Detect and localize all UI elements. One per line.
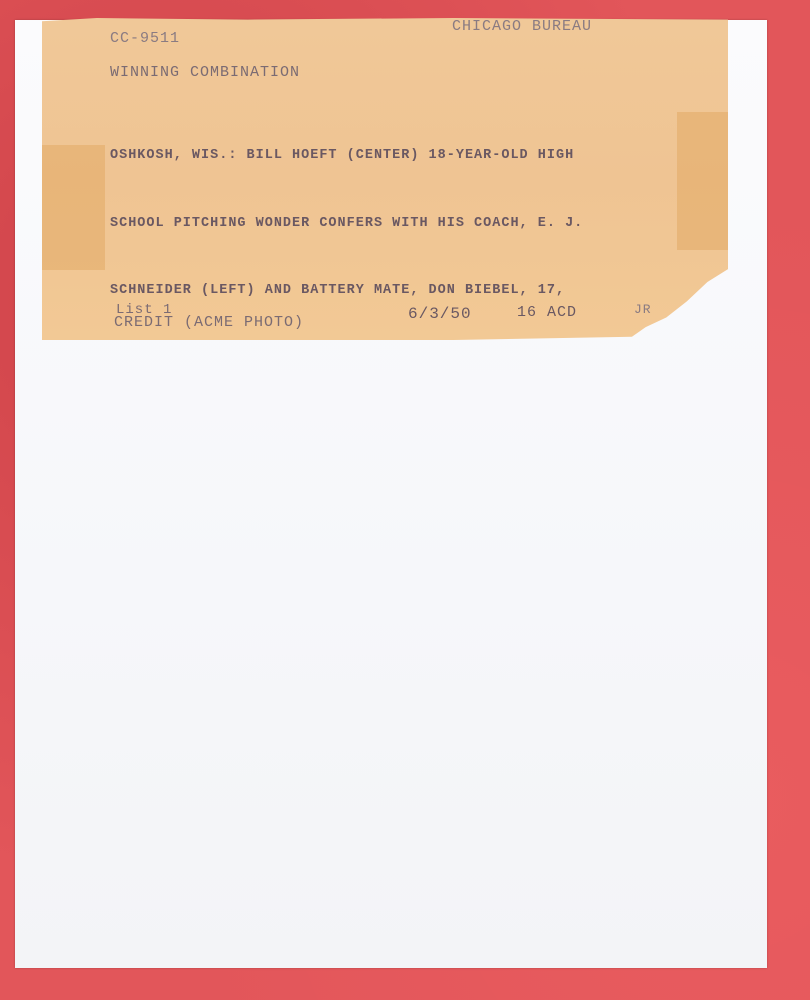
caption-date: 6/3/50 <box>408 305 472 323</box>
transmission-code: 16 ACD <box>517 304 577 321</box>
reference-number: CC-9511 <box>110 30 180 47</box>
tape-patch-right <box>677 112 728 250</box>
caption-slip: CC-9511 CHICAGO BUREAU WINNING COMBINATI… <box>42 18 728 340</box>
caption-line: SCHOOL PITCHING WONDER CONFERS WITH HIS … <box>110 213 601 236</box>
caption-line: OSHKOSH, WIS.: BILL HOEFT (CENTER) 18-YE… <box>110 145 601 168</box>
headline: WINNING COMBINATION <box>110 64 300 81</box>
tape-patch-left <box>38 145 105 270</box>
bureau-stamp: CHICAGO BUREAU <box>452 18 592 35</box>
operator-initials: JR <box>634 302 652 317</box>
caption-line: SCHNEIDER (LEFT) AND BATTERY MATE, DON B… <box>110 280 601 303</box>
photo-credit: CREDIT (ACME PHOTO) <box>114 314 304 331</box>
